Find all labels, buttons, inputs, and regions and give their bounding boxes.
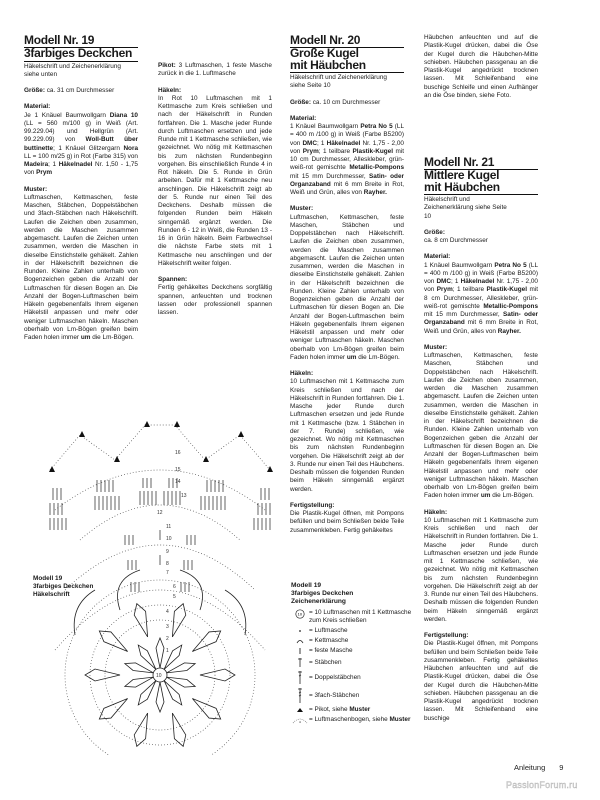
legend-item: = Pikot, siehe Muster [291,706,421,714]
model-19-muster: Luftmaschen, Kettmaschen, feste Maschen,… [24,194,138,343]
size-label: Größe: [24,87,45,94]
model-20-muster: Luftmaschen, Kettmaschen, feste Maschen,… [290,214,404,363]
svg-text:15: 15 [175,467,181,473]
model-19-pikot: Pikot: 3 Luftmaschen, 1 feste Masche zur… [158,62,272,79]
svg-text:2: 2 [166,636,169,642]
model-19-title: 3farbiges Deckchen [24,48,138,62]
haekeln-label: Häkeln: [424,509,538,517]
model-21-size: ca. 8 cm Durchmesser [424,237,538,245]
svg-text:7: 7 [166,570,169,576]
page-footer: Anleitung9 [514,763,563,772]
svg-text:3: 3 [166,624,169,630]
ring-10-icon: 10 [291,609,309,619]
fertig-label: Fertigstellung: [424,632,538,640]
svg-text:10: 10 [166,536,172,542]
watermark: PassionForum.ru [506,780,578,790]
model-20-haekeln: 10 Luftmaschen mit 1 Kettmasche zum Krei… [290,378,404,494]
double-crochet-icon [291,657,309,668]
legend-item: = Kettmasche [291,637,421,645]
model-20-title: Große Kugelmit Häubchen [290,48,404,73]
size-value: ca. 31 cm Durchmesser [45,87,114,94]
svg-text:10: 10 [298,612,303,617]
muster-label: Muster: [290,205,404,213]
model-20-subtitle: Häkelschrift und Zeichenerklärung siehe … [290,74,404,91]
svg-text:12: 12 [157,510,163,516]
model-19-material: Je 1 Knäuel Baumwollgarn Diana 10 (LL = … [24,112,138,178]
model-21-material: 1 Knäuel Baumwollgarn Petra No 5 (LL = 4… [424,262,538,336]
symbol-legend: Modell 19 3farbiges Deckchen Zeichenerkl… [291,582,421,724]
model-20-fertig-continued: Häubchen anfeuchten und auf die Plastik-… [424,34,538,100]
svg-text:8: 8 [166,561,169,567]
legend-item: = 3fach-Stäbchen [291,687,421,704]
haekeln-label: Häkeln: [290,370,404,378]
model-20-size: Größe: ca. 10 cm Durchmesser [290,99,404,107]
treble-crochet-icon [291,670,309,685]
material-label: Material: [290,115,404,123]
model-19-spannen: Fertig gehäkeltes Deckchens sorgfältig s… [158,284,272,317]
model-19-column: Modell Nr. 19 3farbiges Deckchen Häkelsc… [24,34,138,342]
legend-item: = Stäbchen [291,657,421,668]
svg-text:16: 16 [175,450,181,456]
chain-stitch-icon [291,628,309,634]
model-21-column: Häubchen anfeuchten und auf die Plastik-… [424,34,538,723]
triple-treble-icon [291,687,309,704]
legend-heading: Modell 19 [291,582,421,590]
slip-stitch-icon [291,638,309,644]
svg-text:5: 5 [173,594,176,600]
muster-label: Muster: [24,186,138,194]
model-19-continued-column: Pikot: 3 Luftmaschen, 1 feste Masche zur… [158,62,272,317]
model-20-fertig: Die Plastik-Kugel öffnen, mit Pompons be… [290,510,404,535]
model-20-material: 1 Knäuel Baumwollgarn Petra No 5 (LL = 4… [290,123,404,197]
legend-item: = Luftmasche [291,627,421,635]
picot-icon [291,707,309,713]
model-21-title: Mittlere Kugelmit Häubchen [424,170,538,195]
svg-text:11: 11 [166,524,171,530]
crochet-diagram: 10 1 2 3 4 5 6 7 8 9 10 11 12 13 14 15 1… [35,410,285,755]
model-19-subtitle: Häkelschrift und Zeichenerklärung siehe … [24,63,138,80]
material-label: Material: [424,253,538,261]
model-21-haekeln: 10 Luftmaschen mit 1 Kettmasche zum Krei… [424,517,538,624]
spannen-label: Spannen: [158,276,272,284]
model-21-fertig: Die Plastik-Kugel öffnen, mit Pompons be… [424,640,538,723]
svg-text:6: 6 [173,584,176,590]
legend-item: = Doppelstäbchen [291,670,421,685]
model-21-subtitle: Häkelschrift und Zeichenerklärung siehe … [424,196,514,221]
svg-text:13: 13 [181,493,187,499]
single-crochet-icon [291,647,309,655]
haekeln-label: Häkeln: [158,87,272,95]
svg-text:9: 9 [166,549,169,555]
model-19-haekeln: In Rot 10 Luftmaschen mit 1 Kettmasche z… [158,95,272,268]
material-label: Material: [24,103,138,111]
model-19-size: Größe: ca. 31 cm Durchmesser [24,87,138,95]
svg-text:1: 1 [166,648,169,654]
footer-section: Anleitung [514,763,545,772]
svg-text:10: 10 [156,673,162,679]
fertig-label: Fertigstellung: [290,502,404,510]
muster-label: Muster: [424,344,538,352]
model-20-column: Modell Nr. 20 Große Kugelmit Häubchen Hä… [290,34,404,535]
size-label: Größe: [424,229,538,237]
legend-item: = feste Masche [291,647,421,655]
svg-text:14: 14 [175,479,181,485]
model-21-muster: Luftmaschen, Kettmaschen, feste Maschen,… [424,352,538,501]
legend-item: 10 = 10 Luftmaschen mit 1 Kettmasche zum… [291,609,421,625]
svg-text:4: 4 [166,609,169,615]
page-number: 9 [559,763,563,772]
legend-item: 4 = Luftmaschenbogen, siehe Muster [291,716,421,724]
chain-arch-icon: 4 [291,716,309,724]
svg-text:4: 4 [299,720,301,724]
